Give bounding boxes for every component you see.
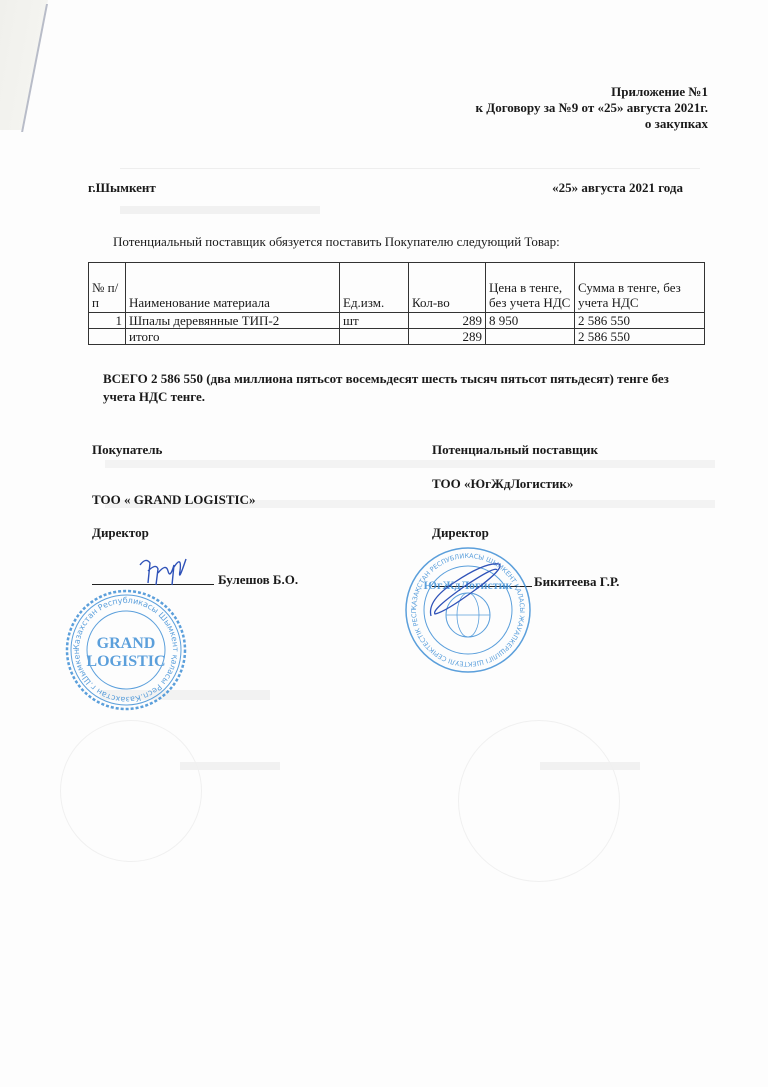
table-header-row: № п/п Наименование материала Ед.изм. Кол… (89, 263, 705, 313)
column-header-number: № п/п (89, 263, 126, 313)
goods-table: № п/п Наименование материала Ед.изм. Кол… (88, 262, 705, 345)
table-row: 1 Шпалы деревянные ТИП-2 шт 289 8 950 2 … (89, 313, 705, 329)
bleed-through-artifact (105, 460, 715, 468)
appendix-number: Приложение №1 (476, 84, 708, 100)
table-total-row: итого 289 2 586 550 (89, 329, 705, 345)
total-amount-in-words: ВСЕГО 2 586 550 (два миллиона пятьсот во… (103, 370, 703, 406)
column-header-material: Наименование материала (126, 263, 340, 313)
place-date-line: г.Шымкент «25» августа 2021 года (88, 180, 708, 196)
cell-number (89, 329, 126, 345)
buyer-signature (136, 553, 196, 588)
cell-number: 1 (89, 313, 126, 329)
svg-text:GRAND: GRAND (97, 635, 156, 652)
cell-quantity: 289 (409, 313, 486, 329)
svg-text:LOGISTIC: LOGISTIC (86, 653, 165, 670)
buyer-position: Директор (92, 525, 149, 541)
buyer-role: Покупатель (92, 442, 162, 458)
supplier-role: Потенциальный поставщик (432, 442, 598, 458)
cell-unit (340, 329, 409, 345)
column-header-quantity: Кол-во (409, 263, 486, 313)
column-header-unit: Ед.изм. (340, 263, 409, 313)
cell-price: 8 950 (486, 313, 575, 329)
cell-unit: шт (340, 313, 409, 329)
supplier-company: ТОО «ЮгЖдЛогистик» (432, 476, 573, 492)
supplier-signatory: Бикитеева Г.Р. (534, 574, 619, 590)
column-header-sum: Сумма в тенге, без учета НДС (575, 263, 705, 313)
cell-total-sum: 2 586 550 (575, 329, 705, 345)
appendix-contract-ref: к Договору за №9 от «25» августа 2021г. (476, 100, 708, 116)
bleed-through-stamp-artifact (458, 720, 620, 882)
bleed-through-artifact (120, 206, 320, 214)
supplier-signature (425, 560, 505, 620)
cell-total-quantity: 289 (409, 329, 486, 345)
city: г.Шымкент (88, 180, 156, 196)
cell-price (486, 329, 575, 345)
buyer-signatory: Булешов Б.О. (218, 572, 298, 588)
intro-paragraph: Потенциальный поставщик обязуется постав… (113, 234, 560, 250)
appendix-subject: о закупках (476, 116, 708, 132)
supplier-position: Директор (432, 525, 489, 541)
appendix-heading: Приложение №1 к Договору за №9 от «25» а… (476, 84, 708, 132)
buyer-company: ТОО « GRAND LOGISTIC» (92, 492, 255, 508)
column-header-price: Цена в тенге, без учета НДС (486, 263, 575, 313)
document-date: «25» августа 2021 года (552, 180, 683, 196)
bleed-through-stamp-artifact (60, 720, 202, 862)
scan-folded-corner (0, 0, 48, 130)
bleed-through-artifact (120, 168, 700, 169)
cell-total-label: итого (126, 329, 340, 345)
cell-material: Шпалы деревянные ТИП-2 (126, 313, 340, 329)
cell-sum: 2 586 550 (575, 313, 705, 329)
buyer-company-stamp: Казахстан Республикасы Шымкент қаласы Ре… (64, 588, 188, 712)
